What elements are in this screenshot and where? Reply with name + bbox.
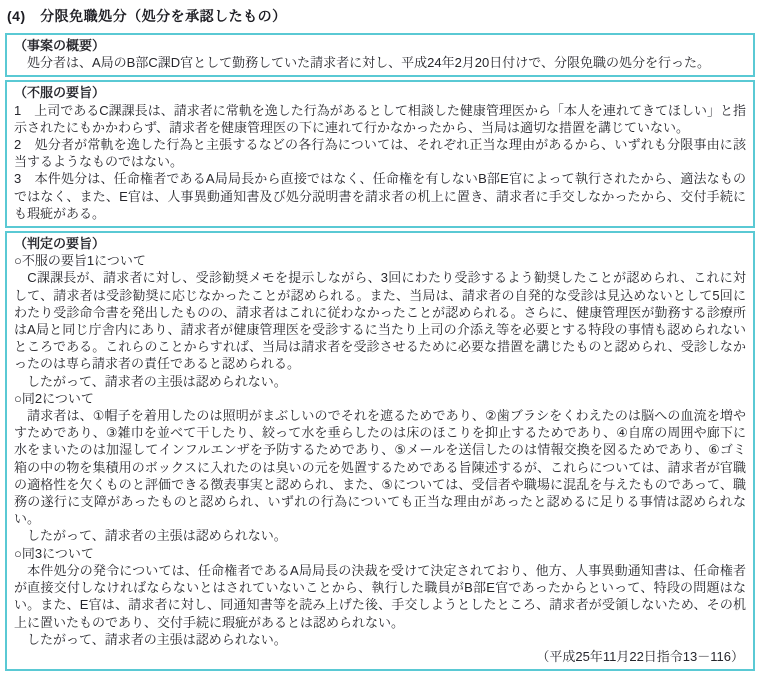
objection-item-2: 2 処分者が常軌を逸した行為と主張するなどの各行為については、それぞれ正当な理由… [14,136,746,170]
judgment-section-1: ○不服の要旨1について C課課長が、請求者に対し、受診勧奨メモを提示しながら、3… [14,252,746,390]
objection-heading: （不服の要旨） [14,84,746,101]
directive-number: （平成25年11月22日指令13－116） [14,648,746,665]
judgment-section-1-conclusion: したがって、請求者の主張は認められない。 [14,373,746,390]
objection-item-3: 3 本件処分は、任命権者であるA局局長から直接ではなく、任命権を有しないB部E官… [14,170,746,222]
judgment-box: （判定の要旨） ○不服の要旨1について C課課長が、請求者に対し、受診勧奨メモを… [5,231,755,671]
case-summary-box: （事案の概要） 処分者は、A局のB部C課D官として勤務していた請求者に対し、平成… [5,33,755,77]
judgment-section-2-paragraph: 請求者は、①帽子を着用したのは照明がまぶしいのでそれを遮るためであり、②歯ブラシ… [14,407,746,527]
objection-item-1: 1 上司であるC課課長は、請求者に常軌を逸した行為があるとして相談した健康管理医… [14,102,746,136]
judgment-section-3-conclusion: したがって、請求者の主張は認められない。 [14,631,746,648]
judgment-section-2: ○同2について 請求者は、①帽子を着用したのは照明がまぶしいのでそれを遮るためで… [14,390,746,545]
judgment-section-1-subheading: ○不服の要旨1について [14,252,746,269]
document-page: (4) 分限免職処分（処分を承認したもの） （事案の概要） 処分者は、A局のB部… [0,0,760,676]
judgment-section-3-subheading: ○同3について [14,545,746,562]
judgment-heading: （判定の要旨） [14,235,746,252]
page-title: (4) 分限免職処分（処分を承認したもの） [5,4,755,33]
judgment-section-3: ○同3について 本件処分の発令については、任命権者であるA局局長の決裁を受けて決… [14,545,746,648]
judgment-section-3-paragraph: 本件処分の発令については、任命権者であるA局局長の決裁を受けて決定されており、他… [14,562,746,631]
judgment-section-2-subheading: ○同2について [14,390,746,407]
case-summary-heading: （事案の概要） [14,37,746,54]
judgment-section-2-conclusion: したがって、請求者の主張は認められない。 [14,527,746,544]
case-summary-body: 処分者は、A局のB部C課D官として勤務していた請求者に対し、平成24年2月20日… [14,54,746,71]
judgment-section-1-paragraph: C課課長が、請求者に対し、受診勧奨メモを提示しながら、3回にわたり受診するよう勧… [14,269,746,372]
objection-box: （不服の要旨） 1 上司であるC課課長は、請求者に常軌を逸した行為があるとして相… [5,80,755,228]
